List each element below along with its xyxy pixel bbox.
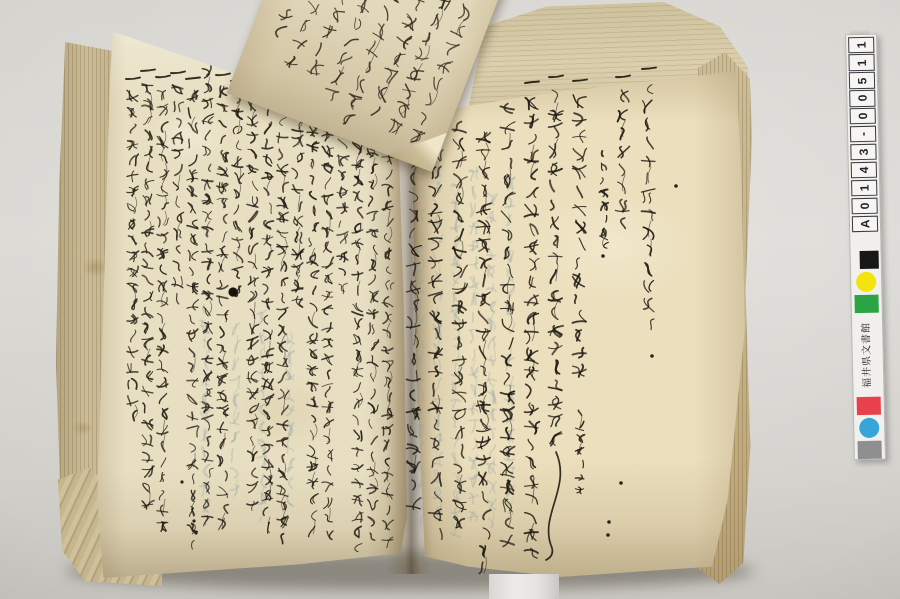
cyan-patch bbox=[859, 418, 879, 438]
label-code-cell: 1 bbox=[848, 54, 874, 71]
label-code-cell: - bbox=[850, 126, 876, 143]
label-code-cell: 3 bbox=[850, 144, 876, 161]
label-code-cell: 4 bbox=[851, 162, 877, 179]
yellow-patch bbox=[856, 272, 876, 292]
label-code-cell: A bbox=[852, 215, 878, 232]
label-code-cell: 0 bbox=[850, 108, 876, 125]
institution-label: 福井県文書館 bbox=[854, 316, 882, 394]
black-patch bbox=[860, 251, 879, 269]
label-code-cell: 1 bbox=[851, 179, 877, 196]
book-support-stand bbox=[489, 574, 559, 599]
label-code-cell: 0 bbox=[849, 90, 875, 107]
photograph-of-open-manuscript: 11500-3410A福井県文書館 bbox=[0, 0, 900, 599]
green-patch bbox=[854, 295, 878, 313]
red-patch bbox=[857, 397, 881, 415]
label-code-cell: 0 bbox=[851, 197, 877, 214]
institution-label-text: 福井県文書館 bbox=[862, 322, 873, 388]
label-code-cell: 5 bbox=[849, 72, 875, 89]
label-code-cell: 1 bbox=[848, 36, 874, 53]
gray-patch bbox=[858, 441, 882, 459]
